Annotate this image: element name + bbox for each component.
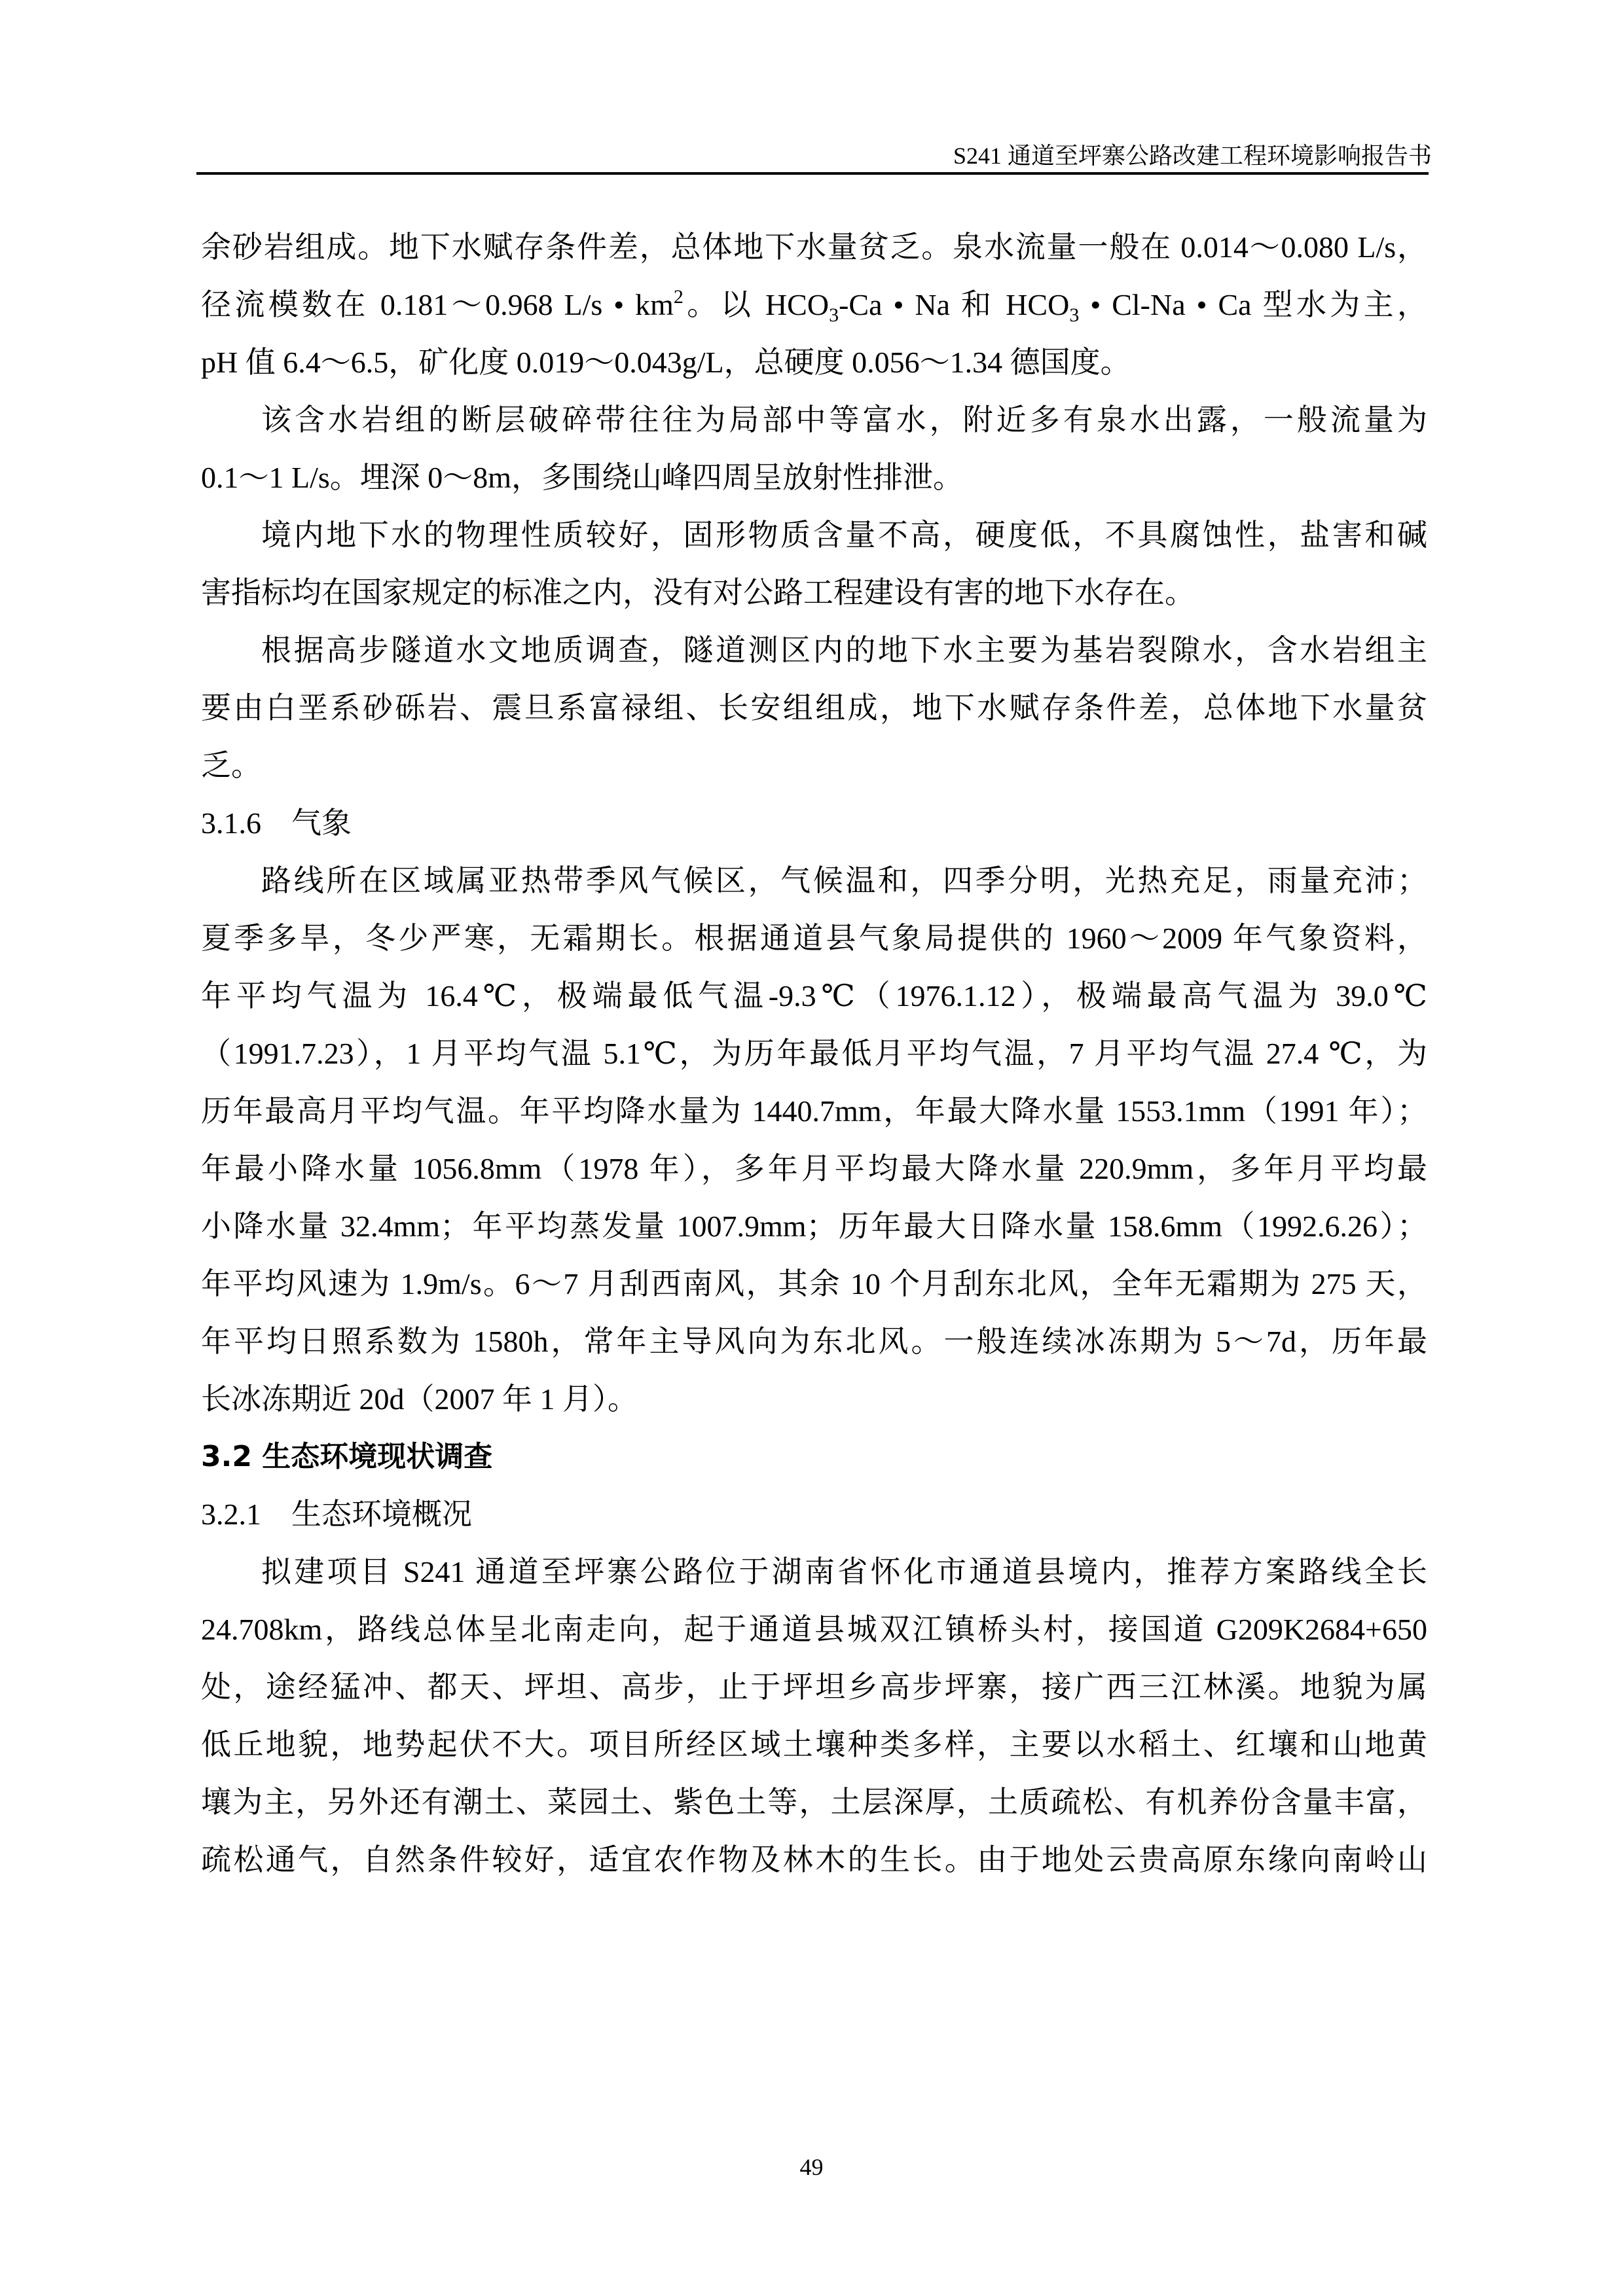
body-line: 长冰冻期近 20d（2007 年 1 月）。 xyxy=(201,1378,1427,1435)
body-line: 0.1～1 L/s。埋深 0～8m，多围绕山峰四周呈放射性排泄。 xyxy=(201,456,1427,514)
body-line: 要由白垩系砂砾岩、震旦系富禄组、长安组组成，地下水赋存条件差，总体地下水量贫 xyxy=(201,687,1427,744)
page-number: 49 xyxy=(0,2153,1623,2181)
body-line: 害指标均在国家规定的标准之内，没有对公路工程建设有害的地下水存在。 xyxy=(201,571,1427,629)
body-line: 年平均日照系数为 1580h，常年主导风向为东北风。一般连续冰冻期为 5～7d，… xyxy=(201,1320,1427,1378)
body-line: 根据高步隧道水文地质调查，隧道测区内的地下水主要为基岩裂隙水，含水岩组主 xyxy=(201,629,1427,687)
body-line: 余砂岩组成。地下水赋存条件差，总体地下水量贫乏。泉水流量一般在 0.014～0.… xyxy=(201,226,1427,283)
body-line: 路线所在区域属亚热带季风气候区，气候温和，四季分明，光热充足，雨量充沛； xyxy=(201,859,1427,917)
body-line: 年平均风速为 1.9m/s。6～7 月刮西南风，其余 10 个月刮东北风，全年无… xyxy=(201,1263,1427,1320)
body-line: 年平均气温为 16.4℃，极端最低气温-9.3℃（1976.1.12），极端最高… xyxy=(201,975,1427,1032)
page-header-title: S241 通道至坪寨公路改建工程环境影响报告书 xyxy=(953,137,1432,171)
text-run: 。以 HCO xyxy=(684,288,829,321)
section-heading-3-2: 3.2 生态环境现状调查 xyxy=(201,1435,1427,1493)
body-line: pH 值 6.4～6.5，矿化度 0.019～0.043g/L，总硬度 0.05… xyxy=(201,341,1427,399)
body-line: 夏季多旱，冬少严寒，无霜期长。根据通道县气象局提供的 1960～2009 年气象… xyxy=(201,917,1427,975)
body-line: 历年最高月平均气温。年平均降水量为 1440.7mm，年最大降水量 1553.1… xyxy=(201,1090,1427,1147)
subscript: 3 xyxy=(1069,304,1079,326)
body-line: 拟建项目 S241 通道至坪寨公路位于湖南省怀化市通道县境内，推荐方案路线全长 xyxy=(201,1551,1427,1608)
body-line-with-formula: 径流模数在 0.181～0.968 L/s • km2。以 HCO3-Ca • … xyxy=(201,283,1427,341)
body-line: （1991.7.23），1 月平均气温 5.1℃，为历年最低月平均气温，7 月平… xyxy=(201,1032,1427,1090)
body-line: 小降水量 32.4mm；年平均蒸发量 1007.9mm；历年最大日降水量 158… xyxy=(201,1205,1427,1263)
text-run: -Ca • Na 和 HCO xyxy=(839,288,1069,321)
body-line: 疏松通气，自然条件较好，适宜农作物及林木的生长。由于地处云贵高原东缘向南岭山 xyxy=(201,1839,1427,1896)
superscript: 2 xyxy=(674,286,684,308)
body-line: 处，途经猛冲、都天、坪坦、高步，止于坪坦乡高步坪寨，接广西三江林溪。地貌为属 xyxy=(201,1666,1427,1723)
body-line: 年最小降水量 1056.8mm（1978 年），多年月平均最大降水量 220.9… xyxy=(201,1147,1427,1205)
section-heading-3-1-6: 3.1.6 气象 xyxy=(201,802,1427,859)
text-run: • Cl-Na • Ca 型水为主， xyxy=(1079,288,1427,321)
body-line: 乏。 xyxy=(201,744,1427,802)
section-heading-3-2-1: 3.2.1 生态环境概况 xyxy=(201,1493,1427,1551)
subscript: 3 xyxy=(829,304,839,326)
body-line: 低丘地貌，地势起伏不大。项目所经区域土壤种类多样，主要以水稻土、红壤和山地黄 xyxy=(201,1723,1427,1781)
header-rule xyxy=(196,172,1429,175)
body-line: 壤为主，另外还有潮土、菜园土、紫色土等，土层深厚，土质疏松、有机养份含量丰富， xyxy=(201,1781,1427,1839)
body-line: 该含水岩组的断层破碎带往往为局部中等富水，附近多有泉水出露，一般流量为 xyxy=(201,399,1427,456)
text-run: 径流模数在 0.181～0.968 L/s • km xyxy=(201,288,674,321)
body-line: 24.708km，路线总体呈北南走向，起于通道县城双江镇桥头村，接国道 G209… xyxy=(201,1608,1427,1666)
body-line: 境内地下水的物理性质较好，固形物质含量不高，硬度低，不具腐蚀性，盐害和碱 xyxy=(201,514,1427,571)
